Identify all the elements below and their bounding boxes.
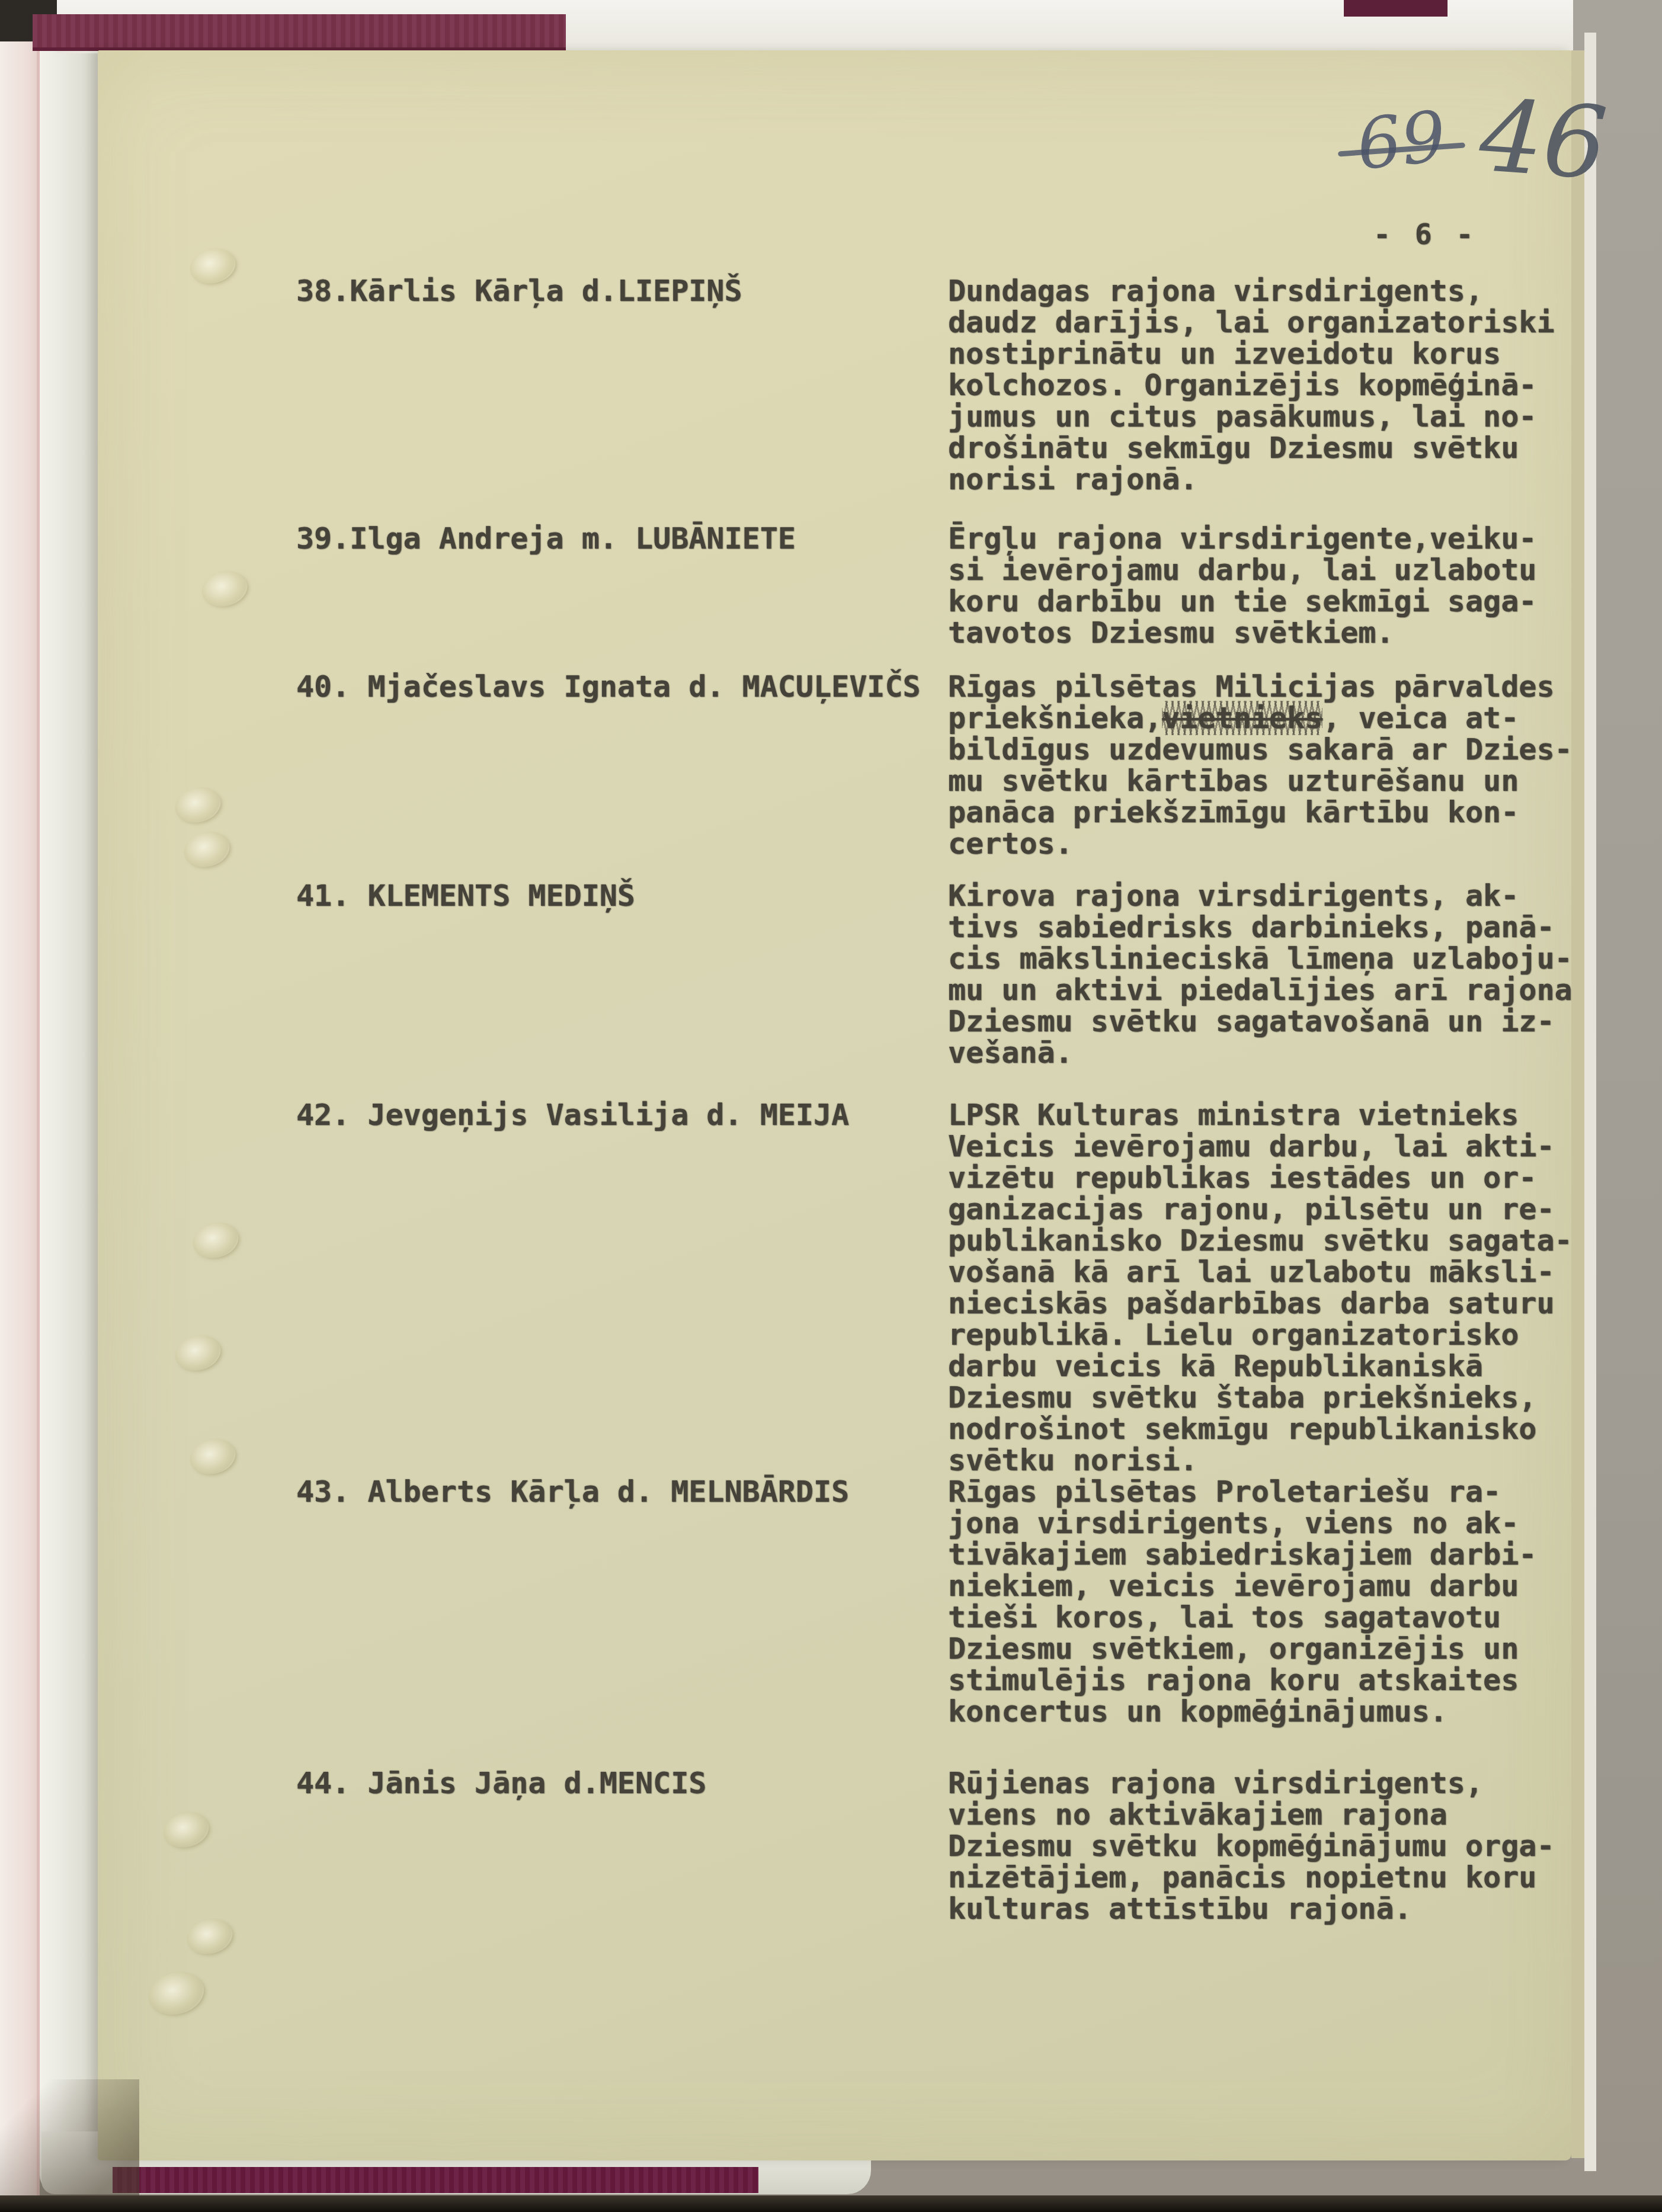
entry-number-name: 42. Jevgeņijs Vasilija d. MEIJA xyxy=(296,1099,849,1131)
page-stack-left-edge xyxy=(40,11,99,2193)
entry-description: Rūjienas rajona virsdirigents, viens no … xyxy=(948,1768,1597,1925)
entry-number-name: 44. Jānis Jāņa d.MENCIS xyxy=(296,1768,706,1799)
struck-word: vietnieks xyxy=(1162,701,1322,735)
entry-description: Rīgas pilsētas Proletariešu ra- jona vir… xyxy=(948,1476,1597,1727)
entry-description: Kirova rajona virsdirigents, ak- tivs sa… xyxy=(948,880,1597,1069)
binding-cloth-top-right xyxy=(1344,0,1448,17)
folio-number: 46 xyxy=(1476,78,1610,202)
entry-number-name: 38.Kārlis Kārļa d.LIEPIŅŠ xyxy=(296,275,742,307)
entry-description: Rīgas pilsētas Milicijas pārvaldes priek… xyxy=(948,671,1597,860)
crossed-out-folio-number: 69 xyxy=(1353,95,1450,186)
entry-number-name: 43. Alberts Kārļa d. MELNBĀRDIS xyxy=(296,1476,849,1508)
entry-number-name: 40. Mjačeslavs Ignata d. MACUĻEVIČS xyxy=(296,671,921,703)
entry-description: LPSR Kulturas ministra vietnieks Veicis … xyxy=(948,1099,1597,1476)
scan-background: 69 46 - 6 - 38.Kārlis Kārļa d.LIEPIŅŠ Du… xyxy=(0,0,1662,2212)
binding-cloth-top xyxy=(33,14,566,51)
scan-bottom-shadow xyxy=(0,2079,139,2212)
entry-description: Dundagas rajona virsdirigents, daudz dar… xyxy=(948,275,1597,495)
entry-number-name: 39.Ilga Andreja m. LUBĀNIETE xyxy=(296,523,796,554)
scanner-bed-edge xyxy=(0,2195,1662,2212)
binding-cloth-bottom xyxy=(113,2167,758,2193)
entry-description: Ērgļu rajona virsdirigente,veiku- si iev… xyxy=(948,523,1597,649)
facing-page-edge xyxy=(0,0,40,2195)
entry-number-name: 41. KLEMENTS MEDIŅŠ xyxy=(296,880,635,912)
page-number: - 6 - xyxy=(1373,218,1477,251)
